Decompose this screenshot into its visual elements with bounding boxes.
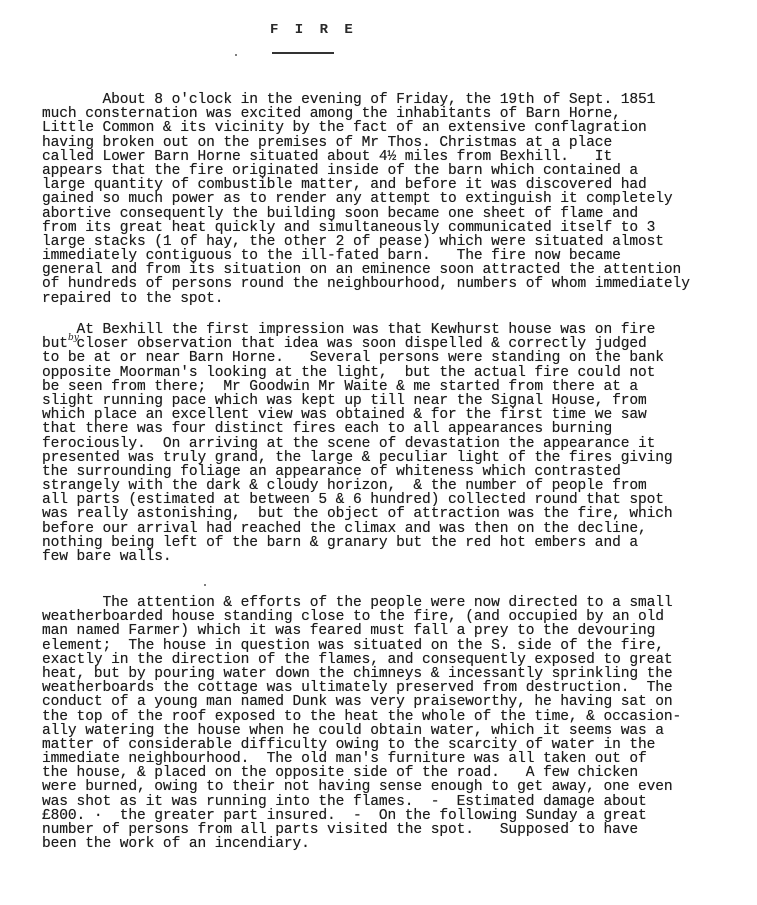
text-line: to be at or near Barn Horne. Several per… (42, 351, 742, 365)
text-line: large stacks (1 of hay, the other 2 of p… (42, 235, 742, 249)
text-line: that there was four distinct fires each … (42, 422, 742, 436)
text-line: gained so much power as to render any at… (42, 192, 742, 206)
text-line: opposite Moorman's looking at the light,… (42, 366, 742, 380)
text-line: of hundreds of persons round the neighbo… (42, 277, 742, 291)
text-line: from its great heat quickly and simultan… (42, 221, 742, 235)
text-line: element; The house in question was situa… (42, 639, 742, 653)
paragraph-3: The attention & efforts of the people we… (42, 596, 742, 851)
paper-speck (204, 584, 206, 586)
text-line: been the work of an incendiary. (42, 837, 742, 851)
text-line: ally watering the house when he could ob… (42, 724, 742, 738)
text-line: the surrounding foliage an appearance of… (42, 465, 742, 479)
text-line: was shot as it was running into the flam… (42, 795, 742, 809)
text-line: presented was truly grand, the large & p… (42, 451, 742, 465)
text-line: conduct of a young man named Dunk was ve… (42, 695, 742, 709)
text-line: was really astonishing, but the object o… (42, 507, 742, 521)
text-line: exactly in the direction of the flames, … (42, 653, 742, 667)
text-line: before our arrival had reached the clima… (42, 522, 742, 536)
text-line: few bare walls. (42, 550, 742, 564)
typed-document-page: F I R E About 8 o'clock in the evening o… (0, 0, 757, 905)
title-underline (272, 52, 334, 54)
handwritten-annotation: by (68, 333, 79, 343)
text-line: slight running pace which was kept up ti… (42, 394, 742, 408)
text-line: ferociously. On arriving at the scene of… (42, 437, 742, 451)
text-line: abortive consequently the building soon … (42, 207, 742, 221)
text-line: appears that the fire originated inside … (42, 164, 742, 178)
text-line: £800. · the greater part insured. - On t… (42, 809, 742, 823)
document-title: F I R E (270, 22, 340, 38)
text-line: having broken out on the premises of Mr … (42, 136, 742, 150)
text-line: Little Common & its vicinity by the fact… (42, 121, 742, 135)
text-line: were burned, owing to their not having s… (42, 780, 742, 794)
text-line: man named Farmer) which it was feared mu… (42, 624, 742, 638)
paragraph-2: At Bexhill the first impression was that… (42, 323, 742, 564)
text-line: the top of the roof exposed to the heat … (42, 710, 742, 724)
text-line: heat, but by pouring water down the chim… (42, 667, 742, 681)
text-line: nothing being left of the barn & granary… (42, 536, 742, 550)
paragraph-1: About 8 o'clock in the evening of Friday… (42, 93, 742, 306)
text-line: called Lower Barn Horne situated about 4… (42, 150, 742, 164)
text-line: be seen from there; Mr Goodwin Mr Waite … (42, 380, 742, 394)
text-line: repaired to the spot. (42, 292, 742, 306)
text-line: matter of considerable difficulty owing … (42, 738, 742, 752)
paper-speck (235, 54, 237, 56)
